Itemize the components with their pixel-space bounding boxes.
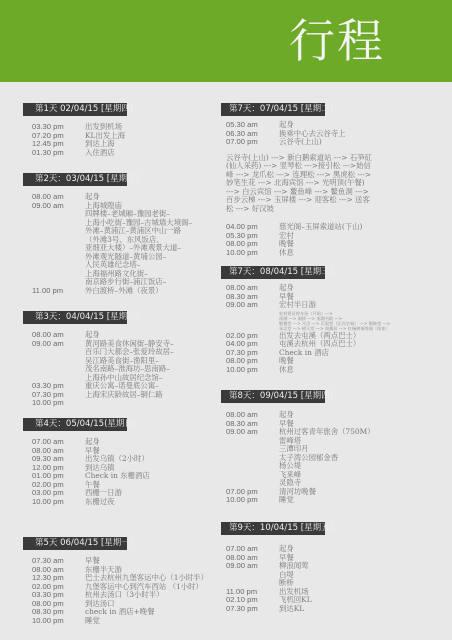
activity: check in 酒店+晚餐	[85, 608, 208, 617]
activity: 休息	[279, 366, 390, 375]
day-1: 第1天 02/04/15 [星期四] 03.30 pm出发到机场 07.20 p…	[23, 103, 127, 157]
schedule-row: 10.00 pm	[32, 399, 174, 408]
schedule-row: 09.00 am柳浪闻莺 白堤 断桥	[226, 562, 325, 588]
day-5: 第5天 06/04/15 [星期一] 07.30 am早餐 08.00 am东栅…	[23, 537, 208, 625]
schedule-list: 08.00 am起身 08.30 am早餐 09.00 am杭州过客青年旅舍（7…	[221, 411, 375, 505]
day-2: 第2天：03/04/15 [星期五] 08.00 am起身 09.00 am上海…	[23, 173, 192, 295]
time: 07.30 pm	[226, 605, 279, 614]
activity: 宏村	[279, 232, 411, 241]
schedule-row: 10.00 pm休息	[226, 249, 411, 258]
activity: 外白渡桥–外滩（夜景）	[85, 287, 192, 296]
schedule-list: 08.00 am起身 09.00 am上海城隍庙 四牌楼–老城厢–豫园老街– 上…	[23, 193, 192, 295]
time: 07.00 pm	[226, 138, 279, 147]
schedule-list: 07.00 am起身 08.00 am早餐 09.30 am出发乌镇（2小时） …	[23, 438, 150, 506]
time: 09.00 am	[32, 202, 85, 287]
route-details: 宏村景区停车场（开始）—> 南湖 —> 画桥 —> 南湖书院 —> 敬德堂 —>…	[279, 310, 390, 332]
time: 09.00 am	[226, 562, 279, 588]
day-header: 第7天：08/04/15 [星期三]	[221, 266, 325, 279]
activity: 晚餐	[279, 240, 411, 249]
time: 10.00 pm	[32, 399, 85, 408]
day-header: 第8天：09/04/15 [星期四]	[221, 390, 325, 403]
activity: 睡觉	[279, 496, 375, 505]
day-header: 第3天：04/04/15 [星期六]	[23, 311, 127, 324]
time: 11.00 pm	[32, 287, 85, 296]
time: 01.30 pm	[32, 149, 85, 158]
schedule-row: 09.00 am黄河路美食休闲街–静安寺– 百乐门大都会–张爱玲故居– 吴江路美…	[32, 340, 174, 383]
page-title: 行程	[289, 14, 385, 68]
activity	[85, 399, 174, 408]
schedule-row: 07.00 pm云谷寺(上山)	[226, 138, 411, 147]
activity: 睡觉	[85, 617, 208, 626]
schedule-row: 07.30 pm到达KL	[226, 605, 325, 614]
schedule-row: 09.00 am宏村半日游	[226, 301, 390, 310]
schedule-row: 01.30 pm入住酒店	[32, 149, 127, 158]
title-banner: 行程	[0, 0, 452, 82]
schedule-list: 08.00 am起身 08.30 am早餐 09.00 am宏村半日游 宏村景区…	[221, 284, 390, 374]
day-header: 第9天：10/04/15 [星期五]	[221, 522, 325, 535]
schedule-list: 04.00 pm慈光阁–玉屏索道站(下山) 05.30 pm宏村 08.00 p…	[221, 223, 411, 257]
activity: 晚餐	[279, 357, 390, 366]
route-description: 云谷寺(上山) ---> 新白鹅索道站 ---> 石笋矼 (仙人采药) --->…	[221, 154, 411, 214]
schedule-list: 08.00 am起身 09.00 am黄河路美食休闲街–静安寺– 百乐门大都会–…	[23, 331, 174, 408]
day-7b: 第7天：08/04/15 [星期三] 08.00 am起身 08.30 am早餐…	[221, 266, 390, 374]
schedule-row: 11.00 pm外白渡桥–外滩（夜景）	[32, 287, 192, 296]
time: 09.00 am	[32, 340, 85, 383]
day-header: 第1天 02/04/15 [星期四]	[23, 103, 127, 116]
time: 09.00 am	[226, 301, 279, 310]
schedule-row: 10.00 pm休息	[226, 366, 390, 375]
activity: 慈光阁–玉屏索道站(下山)	[279, 223, 411, 232]
time: 10.00 pm	[226, 249, 279, 258]
day-7a: 第7天：07/04/15 [星期二] 05.30 am起身 06.30 am换乘…	[221, 103, 411, 257]
time: 10.00 pm	[226, 366, 279, 375]
activity: 黄河路美食休闲街–静安寺– 百乐门大都会–张爱玲故居– 吴江路美食街–渔阳里– …	[85, 340, 174, 383]
schedule-row: 09.00 am上海城隍庙 四牌楼–老城厢–豫园老街– 上海小吃街–豫园–古城墙…	[32, 202, 192, 287]
activity: 云谷寺(上山)	[279, 138, 411, 147]
schedule-row: 宏村景区停车场（开始）—> 南湖 —> 画桥 —> 南湖书院 —> 敬德堂 —>…	[226, 310, 390, 332]
activity: 柳浪闻莺 白堤 断桥	[279, 562, 325, 588]
time	[226, 310, 279, 332]
activity: 入住酒店	[85, 149, 127, 158]
activity: 到达KL	[279, 605, 325, 614]
activity: 杭州过客青年旅舍（750M） 雷峰塔 三潭印月 太子湾公园郁金香 杨公堤 飞来峰…	[279, 428, 375, 488]
day-header: 第7天：07/04/15 [星期二]	[221, 103, 325, 116]
day-9: 第9天：10/04/15 [星期五] 07.00 am起身 08.00 am早餐…	[221, 522, 325, 613]
time: 10.00 pm	[226, 496, 279, 505]
schedule-list: 05.30 am起身 06.30 am换乘中心去云谷寺上 07.00 pm云谷寺…	[221, 121, 411, 147]
activity: 宏村半日游	[279, 301, 390, 310]
schedule-list: 03.30 pm出发到机场 07.20 pmKL出发上海 12.45 pm到达上…	[23, 123, 127, 157]
schedule-list: 07.00 am起身 08.00 am早餐 09.00 am柳浪闻莺 白堤 断桥…	[221, 545, 325, 613]
schedule-list: 07.30 am早餐 08.00 am东栅半天游 12.30 pm巴士去杭州九堡…	[23, 557, 208, 625]
day-4: 第4天：05/04/15(星期日) 07.00 am起身 08.00 am早餐 …	[23, 418, 150, 506]
activity: 起身	[279, 284, 390, 293]
day-3: 第3天：04/04/15 [星期六] 08.00 am起身 09.00 am黄河…	[23, 311, 174, 408]
day-8: 第8天：09/04/15 [星期四] 08.00 am起身 08.30 am早餐…	[221, 390, 375, 505]
activity: 休息	[279, 249, 411, 258]
schedule-row: 10.00 pm东栅过夜	[32, 498, 150, 507]
time: 09.00 am	[226, 428, 279, 488]
day-header: 第2天：03/04/15 [星期五]	[23, 173, 127, 186]
schedule-row: 10.00 pm睡觉	[32, 617, 208, 626]
activity: 东栅过夜	[85, 498, 150, 507]
activity: Check in 酒店	[279, 349, 390, 358]
activity: 上海城隍庙 四牌楼–老城厢–豫园老街– 上海小吃街–豫园–古城墙大境阁– 外滩–…	[85, 202, 192, 287]
time: 10.00 pm	[32, 498, 85, 507]
time: 10.00 pm	[32, 617, 85, 626]
day-header: 第4天：05/04/15(星期日)	[23, 418, 127, 431]
activity: 上海宋庆龄故居–铜仁路	[85, 391, 174, 400]
schedule-row: 09.00 am杭州过客青年旅舍（750M） 雷峰塔 三潭印月 太子湾公园郁金香…	[226, 428, 375, 488]
schedule-row: 10.00 pm睡觉	[226, 496, 375, 505]
day-header: 第5天 06/04/15 [星期一]	[23, 537, 127, 550]
